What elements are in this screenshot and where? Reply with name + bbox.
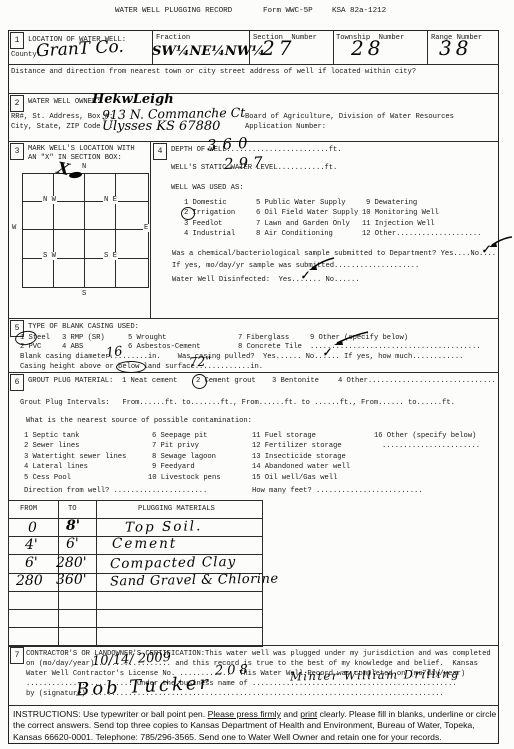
casing-pulled-arrow — [330, 330, 370, 348]
used-as-option: 8 Air Conditioning — [256, 230, 333, 239]
casing-option: 4 ABS — [62, 343, 83, 352]
section-2-number: 2 — [10, 95, 24, 112]
grid-ne-label: N E — [103, 196, 118, 204]
contamination-option: 6 Seepage pit — [152, 432, 207, 441]
contamination-option: 7 Pit privy — [152, 442, 199, 451]
fraction-label: Fraction — [156, 34, 190, 43]
below-circled-mark — [116, 361, 146, 373]
business-name-handwritten: Minter William Drilling — [290, 667, 460, 684]
instructions-underlined-text: print — [300, 709, 317, 719]
instructions-text: and — [281, 709, 300, 719]
contamination-option: 11 Fuel storage — [252, 432, 316, 441]
used-as-option: 6 Oil Field Water Supply — [256, 209, 358, 218]
used-as-option: 9 Dewatering — [366, 199, 417, 208]
used-as-option: 5 Public Water Supply — [256, 199, 346, 208]
contamination-option: 2 Sewer lines — [24, 442, 79, 451]
contamination-option: 5 Cess Pool — [24, 474, 71, 483]
contamination-option: 10 Livestock pens — [148, 474, 220, 483]
section-number-value: 27 — [262, 36, 295, 60]
static-level-value-handwritten: 297 — [224, 153, 269, 173]
table-row-to: 360' — [56, 572, 87, 588]
table-row-from: 6' — [25, 555, 38, 571]
table-row-to: 280' — [56, 555, 87, 571]
contamination-title: What is the nearest source of possible c… — [26, 417, 252, 426]
section-6-title: GROUT PLUG MATERIAL: — [28, 377, 113, 386]
used-as-option: 1 Domestic — [184, 199, 227, 208]
contamination-option: 8 Sewage lagoon — [152, 453, 216, 462]
disinfected-yes-arrow — [306, 256, 336, 272]
section-5-title: TYPE OF BLANK CASING USED: — [28, 323, 139, 332]
owner-value-handwritten: HekwLeigh — [92, 92, 174, 107]
form-number: Form WWC-5P — [263, 7, 313, 16]
used-as-option: 3 Feedlot — [184, 220, 222, 229]
instructions-underlined-text: Please press firmly — [208, 709, 281, 719]
table-row-material: Sand Gravel & Chlorine — [110, 572, 279, 590]
section-3-title-line1: MARK WELL'S LOCATION WITH — [28, 145, 135, 154]
grout-option: 1 Neat cement — [122, 377, 177, 386]
section-1-number: 1 — [10, 32, 24, 49]
city-state-zip-label: City, State, ZIP Code : — [11, 123, 113, 132]
address-label: RR#, St. Address, Box #: — [11, 113, 113, 122]
table-header-to: TO — [68, 505, 77, 514]
contamination-option: 3 Watertight sewer lines — [24, 453, 126, 462]
divider — [8, 64, 499, 65]
section-4-number: 4 — [153, 143, 167, 160]
city-value-handwritten: Ulysses KS 67880 — [102, 119, 220, 134]
section-3-number: 3 — [10, 143, 24, 160]
contamination-option: 13 Insecticide storage — [252, 453, 346, 462]
section-7-number: 7 — [10, 647, 24, 664]
well-used-as-title: WELL WAS USED AS: — [171, 184, 243, 193]
section-6-number: 6 — [10, 374, 24, 391]
grout-option: 4 Other.............................. — [338, 377, 496, 386]
township-number-value: 28 — [351, 36, 384, 60]
table-row-from: 4' — [25, 537, 38, 553]
casing-diameter-value: 16 — [105, 344, 123, 361]
grid-sw-label: S W — [42, 252, 57, 260]
table-row-to: 8' — [66, 518, 80, 534]
used-as-option: 4 Industrial — [184, 230, 235, 239]
compass-south-label: S — [82, 290, 86, 299]
divider — [333, 30, 334, 64]
board-of-agriculture-text: Board of Agriculture, Division of Water … — [245, 113, 454, 122]
instructions-text: INSTRUCTIONS: Use typewriter or ball poi… — [13, 709, 208, 719]
sample-no-arrow — [486, 234, 514, 250]
table-row-to: 6' — [66, 536, 79, 552]
form-title: WATER WELL PLUGGING RECORD — [115, 7, 232, 16]
disinfected-line: Water Well Disinfected: Yes....... No...… — [172, 276, 360, 285]
used-as-option: 10 Monitoring Well — [362, 209, 439, 218]
contamination-option: 12 Fertilizer storage — [252, 442, 342, 451]
table-row-from: 0 — [28, 520, 37, 536]
license-number-handwritten: 208 — [215, 662, 252, 678]
divider — [8, 93, 499, 94]
used-as-option: 7 Lawn and Garden Only — [256, 220, 350, 229]
table-header-from: FROM — [20, 505, 37, 514]
table-row-from: 280 — [16, 573, 43, 589]
direction-from-well-line: Direction from well? ...................… — [24, 487, 207, 496]
divider — [8, 318, 499, 319]
cement-grout-circled-mark — [192, 374, 207, 389]
divider — [150, 141, 151, 318]
application-number-label: Application Number: — [245, 123, 326, 132]
grout-plug-intervals-line: Grout Plug Intervals: From......ft. to..… — [20, 399, 455, 408]
compass-north-label: N — [82, 163, 86, 172]
casing-diameter-line: Blank casing diameter.........in. Was ca… — [20, 353, 463, 362]
casing-height-value: 72" — [188, 354, 212, 371]
contamination-option: 1 Septic tank — [24, 432, 79, 441]
statute-number: KSA 82a-1212 — [332, 7, 386, 16]
contamination-option: 4 Lateral lines — [24, 463, 88, 472]
divider — [8, 372, 499, 373]
owner-label: WATER WELL OWNER: — [28, 98, 100, 107]
grid-se-label: S E — [103, 252, 118, 260]
depth-value-handwritten: 360 — [206, 133, 254, 154]
contamination-other-dots: ....................... — [382, 442, 480, 451]
distance-question: Distance and direction from nearest town… — [11, 68, 416, 77]
divider — [427, 30, 428, 64]
table-row-material: Cement — [112, 536, 177, 552]
grid-nw-label: N W — [42, 196, 57, 204]
used-as-option: 11 Injection Well — [362, 220, 434, 229]
contamination-option: 15 Oil well/Gas well — [252, 474, 337, 483]
table-header-materials: PLUGGING MATERIALS — [138, 505, 215, 514]
section-3-title-line2: AN "X" IN SECTION BOX: — [28, 154, 122, 163]
range-number-value: 38 — [439, 36, 472, 60]
contamination-option: 14 Abandoned water well — [252, 463, 350, 472]
casing-option: 7 Fiberglass — [238, 334, 289, 343]
casing-option: 3 RMP (SR) — [62, 334, 105, 343]
grid-w-label: W — [11, 224, 17, 232]
fraction-value-handwritten: SW¼NE¼NW¼ — [152, 44, 265, 59]
water-well-plugging-record-form: WATER WELL PLUGGING RECORD Form WWC-5P K… — [0, 0, 514, 749]
if-yes-sample-line: If yes, mo/day/yr sample was submitted..… — [172, 262, 419, 271]
table-row-material: Top Soil. — [125, 518, 203, 535]
contamination-option: 16 Other (specify below) — [374, 432, 476, 441]
casing-option: 8 Concrete Tile — [238, 343, 302, 352]
casing-option: 5 Wrought — [128, 334, 166, 343]
irrigation-circled-mark — [181, 207, 195, 220]
instructions-paragraph: INSTRUCTIONS: Use typewriter or ball poi… — [13, 709, 499, 743]
grout-option: 3 Bentonite — [272, 377, 319, 386]
table-row-material: Compacted Clay — [110, 554, 236, 572]
casing-option: 6 Asbestos-Cement — [128, 343, 200, 352]
section-location-grid — [22, 173, 149, 288]
used-as-option: 12 Other.................... — [362, 230, 481, 239]
divider — [8, 705, 499, 706]
how-many-feet-line: How many feet? ......................... — [252, 487, 423, 496]
grid-e-label: E — [143, 224, 149, 232]
contamination-option: 9 Feedyard — [152, 463, 195, 472]
